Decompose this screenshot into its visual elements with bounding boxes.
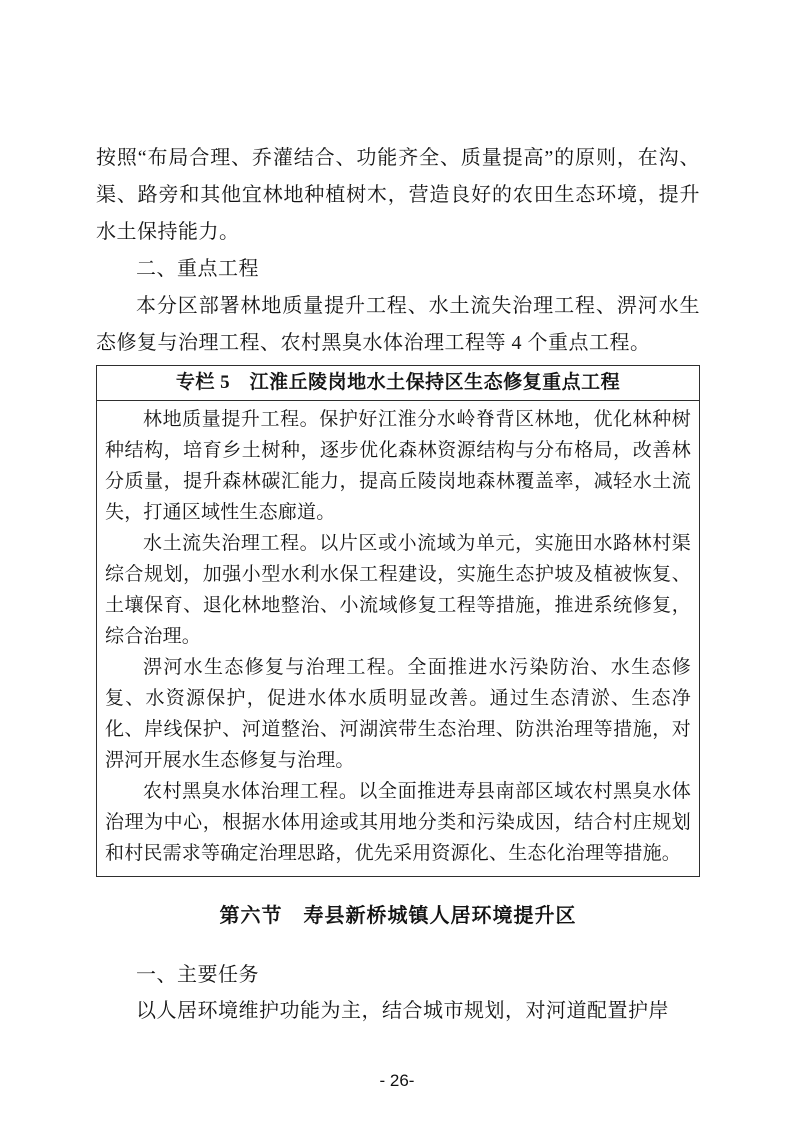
callout-title: 专栏 5 江淮丘陵岗地水土保持区生态修复重点工程: [97, 366, 699, 401]
callout-paragraph: 农村黑臭水体治理工程。以全面推进寿县南部区域农村黑臭水体治理为中心，根据水体用途…: [105, 776, 691, 869]
callout-paragraph: 林地质量提升工程。保护好江淮分水岭脊背区林地，优化林种树种结构，培育乡土树种，逐…: [105, 404, 691, 528]
section-subheading: 一、主要任务: [96, 957, 700, 993]
document-page: 按照“布局合理、乔灌结合、功能齐全、质量提高”的原则，在沟、渠、路旁和其他宜林地…: [0, 0, 794, 1029]
callout-body: 林地质量提升工程。保护好江淮分水岭脊背区林地，优化林种树种结构，培育乡土树种，逐…: [97, 401, 699, 876]
section-title: 第六节 寿县新桥城镇人居环境提升区: [96, 899, 700, 933]
callout-box: 专栏 5 江淮丘陵岗地水土保持区生态修复重点工程 林地质量提升工程。保护好江淮分…: [96, 365, 700, 877]
key-projects-heading: 二、重点工程: [96, 251, 700, 288]
callout-paragraph: 水土流失治理工程。以片区或小流域为单元，实施田水路林村渠综合规划，加强小型水利水…: [105, 528, 691, 652]
intro-paragraph: 按照“布局合理、乔灌结合、功能齐全、质量提高”的原则，在沟、渠、路旁和其他宜林地…: [96, 140, 700, 251]
callout-paragraph: 淠河水生态修复与治理工程。全面推进水污染防治、水生态修复、水资源保护，促进水体水…: [105, 652, 691, 776]
key-projects-paragraph: 本分区部署林地质量提升工程、水土流失治理工程、淠河水生态修复与治理工程、农村黑臭…: [96, 288, 700, 362]
section-paragraph: 以人居环境维护功能为主，结合城市规划，对河道配置护岸: [96, 993, 700, 1029]
page-number: - 26-: [0, 1071, 794, 1091]
